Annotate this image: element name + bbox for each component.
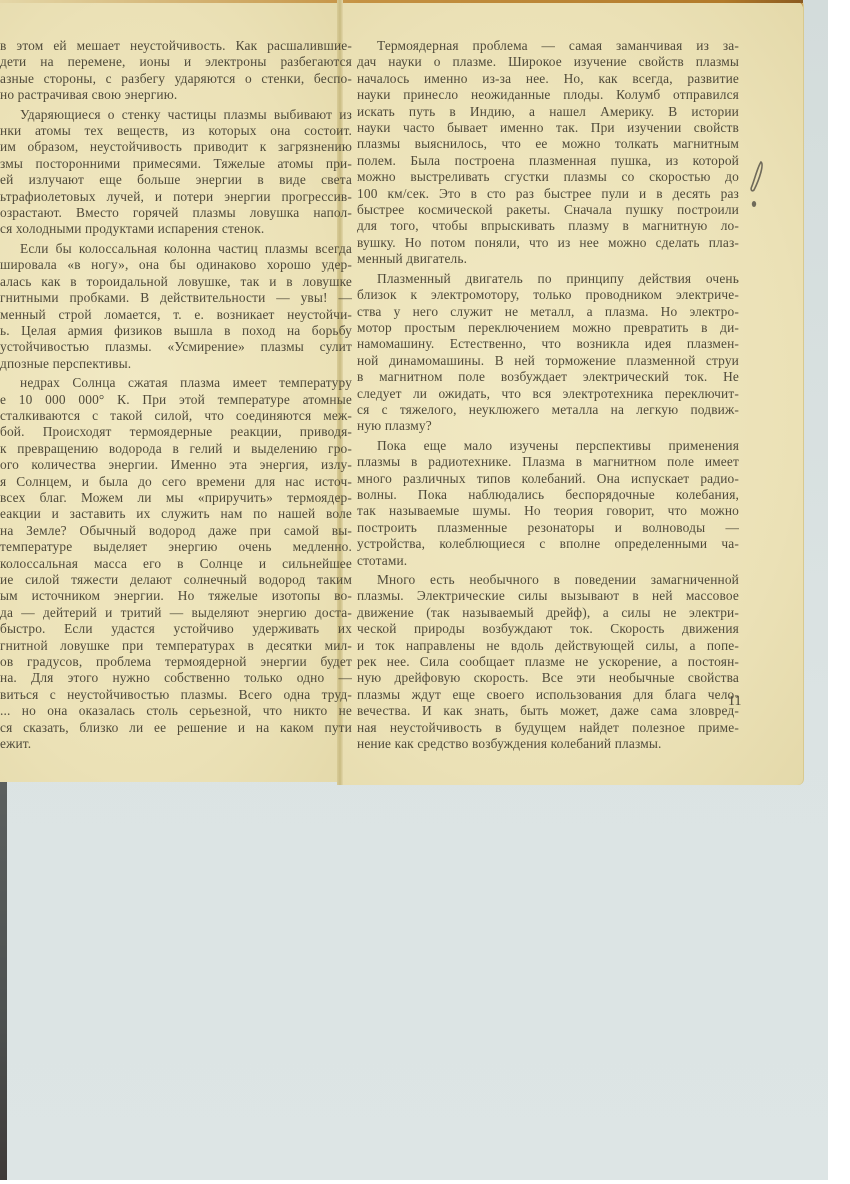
- text-line: ь. Целая армия физиков вышла в поход на …: [0, 323, 352, 339]
- text-line: ную плазму?: [357, 418, 739, 434]
- text-line: плазмы. Электрические силы вызывают в не…: [357, 588, 739, 604]
- text-line: 100 км/сек. Это в сто раз быстрее пули и…: [357, 186, 739, 202]
- text-line: Ударяющиеся о стенку частицы плазмы выби…: [0, 107, 352, 123]
- text-line: дети на перемене, ионы и электроны разбе…: [0, 54, 352, 70]
- text-line: волны. Пока наблюдались беспорядочные ко…: [357, 487, 739, 503]
- text-line: дач науки о плазме. Широкое изучение сво…: [357, 54, 739, 70]
- text-line: сталкиваются с такой силой, что соединяю…: [0, 408, 352, 424]
- text-line: недрах Солнца сжатая плазма имеет темпер…: [0, 375, 352, 391]
- text-line: ную дрейфовую скорость. Все эти необычны…: [357, 670, 739, 686]
- text-line: да — дейтерий и тритий — выделяют энерги…: [0, 605, 352, 621]
- text-line: ого количества энергии. Именно эта энерг…: [0, 457, 352, 473]
- pencil-exclamation-mark-icon: [748, 160, 766, 210]
- page-number: 11: [728, 694, 741, 710]
- text-line: нение как средство возбуждения колебаний…: [357, 736, 739, 752]
- text-line: еакции и заставить их служить нам по наш…: [0, 506, 352, 522]
- right-page-text: Термоядерная проблема — самая заманчивая…: [357, 38, 739, 752]
- text-line: ие силой тяжести делают солнечный водоро…: [0, 572, 352, 588]
- text-line: в магнитном поле возбуждает электрически…: [357, 369, 739, 385]
- text-line: намомашину. Естественно, что возникла ид…: [357, 336, 739, 352]
- text-line: плазмы выяснилось, что ее можно толкать …: [357, 136, 739, 152]
- text-line: близок к электромотору, только проводник…: [357, 287, 739, 303]
- text-line: Плазменный двигатель по принципу действи…: [357, 271, 739, 287]
- text-line: вечества. И как знать, быть может, даже …: [357, 703, 739, 719]
- text-line: можно выстреливать сгустки плазмы со ско…: [357, 169, 739, 185]
- text-line: е 10 000 000° К. При этой температуре ат…: [0, 392, 352, 408]
- text-line: ческой природы возбуждают ток. Скорость …: [357, 621, 739, 637]
- text-line: змы посторонними примесями. Тяжелые атом…: [0, 156, 352, 172]
- text-line: следует ли ожидать, что вся электротехни…: [357, 386, 739, 402]
- text-line: Пока еще мало изучены перспективы примен…: [357, 438, 739, 454]
- text-line: рек нее. Сила сообщает плазме не ускорен…: [357, 654, 739, 670]
- text-line: дпозные перспективы.: [0, 356, 352, 372]
- text-line: я Солнцем, и была до сего времени для на…: [0, 474, 352, 490]
- text-line: ся с тяжелого, неуклюжего металла на лег…: [357, 402, 739, 418]
- text-line: ым источником энергии. Но тяжелые изотоп…: [0, 588, 352, 604]
- text-line: искать путь в Индию, а нашел Америку. В …: [357, 104, 739, 120]
- text-line: движение (так называемый дрейф), а силы …: [357, 605, 739, 621]
- text-line: гнитной ловушке при температурах в десят…: [0, 638, 352, 654]
- text-line: в этом ей мешает неустойчивость. Как рас…: [0, 38, 352, 54]
- text-line: им образом, неустойчивость приводит к за…: [0, 139, 352, 155]
- text-line: виться с неустойчивостью плазмы. Всего о…: [0, 687, 352, 703]
- text-line: ей излучают еще больше энергии в виде св…: [0, 172, 352, 188]
- text-line: ся холодными продуктами испарения стенок…: [0, 221, 352, 237]
- text-line: азные стороны, с разбегу ударяются о сте…: [0, 71, 352, 87]
- text-line: быстрее космической ракеты. Сначала пушк…: [357, 202, 739, 218]
- text-line: стотами.: [357, 553, 739, 569]
- text-line: ежит.: [0, 736, 352, 752]
- text-line: ... но она оказалась столь серьезной, чт…: [0, 703, 352, 719]
- text-line: шировала «в ногу», она бы одинаково хоро…: [0, 257, 352, 273]
- text-line: гнитными пробками. В действительности — …: [0, 290, 352, 306]
- text-line: ьтрафиолетовых лучей, и потери энергии п…: [0, 189, 352, 205]
- text-line: быстро. Если удастся устойчиво удерживат…: [0, 621, 352, 637]
- text-line: нки атомы тех веществ, из которых она со…: [0, 123, 352, 139]
- text-line: устройства, колеблющиеся с вполне опреде…: [357, 536, 739, 552]
- text-line: ной динамомашины. В ней торможение плазм…: [357, 353, 739, 369]
- text-line: построить плазменные резонаторы и волнов…: [357, 520, 739, 536]
- text-line: полем. Была построена плазменная пушка, …: [357, 153, 739, 169]
- left-page-text: в этом ей мешает неустойчивость. Как рас…: [0, 38, 352, 752]
- text-line: Много есть необычного в поведении замагн…: [357, 572, 739, 588]
- text-line: на Земле? Обычный водород даже при самой…: [0, 523, 352, 539]
- text-line: на. Для этого нужно собственно только од…: [0, 670, 352, 686]
- text-line: так называемые шумы. Но теория говорит, …: [357, 503, 739, 519]
- text-line: началось именно из-за нее. Но, как всегд…: [357, 71, 739, 87]
- text-line: алась как в тороидальной ловушке, так и …: [0, 274, 352, 290]
- text-line: мотор простым переключением можно превра…: [357, 320, 739, 336]
- text-line: вушку. Но потом поняли, что из нее можно…: [357, 235, 739, 251]
- text-line: науки часто бывает именно так. При изуче…: [357, 120, 739, 136]
- text-line: и ток направлены не вдоль действующей си…: [357, 638, 739, 654]
- text-line: температуре выделяет энергию очень медле…: [0, 539, 352, 555]
- text-line: к превращению водорода в гелий и выделен…: [0, 441, 352, 457]
- text-line: озрастают. Вместо горячей плазмы ловушка…: [0, 205, 352, 221]
- book-top-edge: [0, 0, 803, 3]
- text-line: Термоядерная проблема — самая заманчивая…: [357, 38, 739, 54]
- text-line: устойчивостью плазмы. «Усмирение» плазмы…: [0, 339, 352, 355]
- text-line: ся сказать, близко ли ее решение и на ка…: [0, 720, 352, 736]
- text-line: для того, чтобы впрыскивать плазму в маг…: [357, 218, 739, 234]
- text-line: плазмы ждут еще своего использования для…: [357, 687, 739, 703]
- text-line: ная неустойчивость в будущем найдет поле…: [357, 720, 739, 736]
- text-line: но растрачивая свою энергию.: [0, 87, 352, 103]
- text-line: бой. Происходят термоядерные реакции, пр…: [0, 424, 352, 440]
- text-line: колоссальная масса его в Солнце и сильне…: [0, 556, 352, 572]
- text-line: всех благ. Можем ли мы «приручить» термо…: [0, 490, 352, 506]
- text-line: менный двигатель.: [357, 251, 739, 267]
- text-line: плазмы в радиотехнике. Плазма в магнитно…: [357, 454, 739, 470]
- text-line: ства у него служит не металл, а плазма. …: [357, 304, 739, 320]
- scanner-bed-edge: [0, 772, 7, 1180]
- text-line: менный строй ломается, т. е. возникает н…: [0, 307, 352, 323]
- text-line: Если бы колоссальная колонна частиц плаз…: [0, 241, 352, 257]
- text-line: много различных типов колебаний. Она исп…: [357, 471, 739, 487]
- text-line: ов градусов, проблема термоядерной энерг…: [0, 654, 352, 670]
- text-line: науки принесло неожиданные плоды. Колумб…: [357, 87, 739, 103]
